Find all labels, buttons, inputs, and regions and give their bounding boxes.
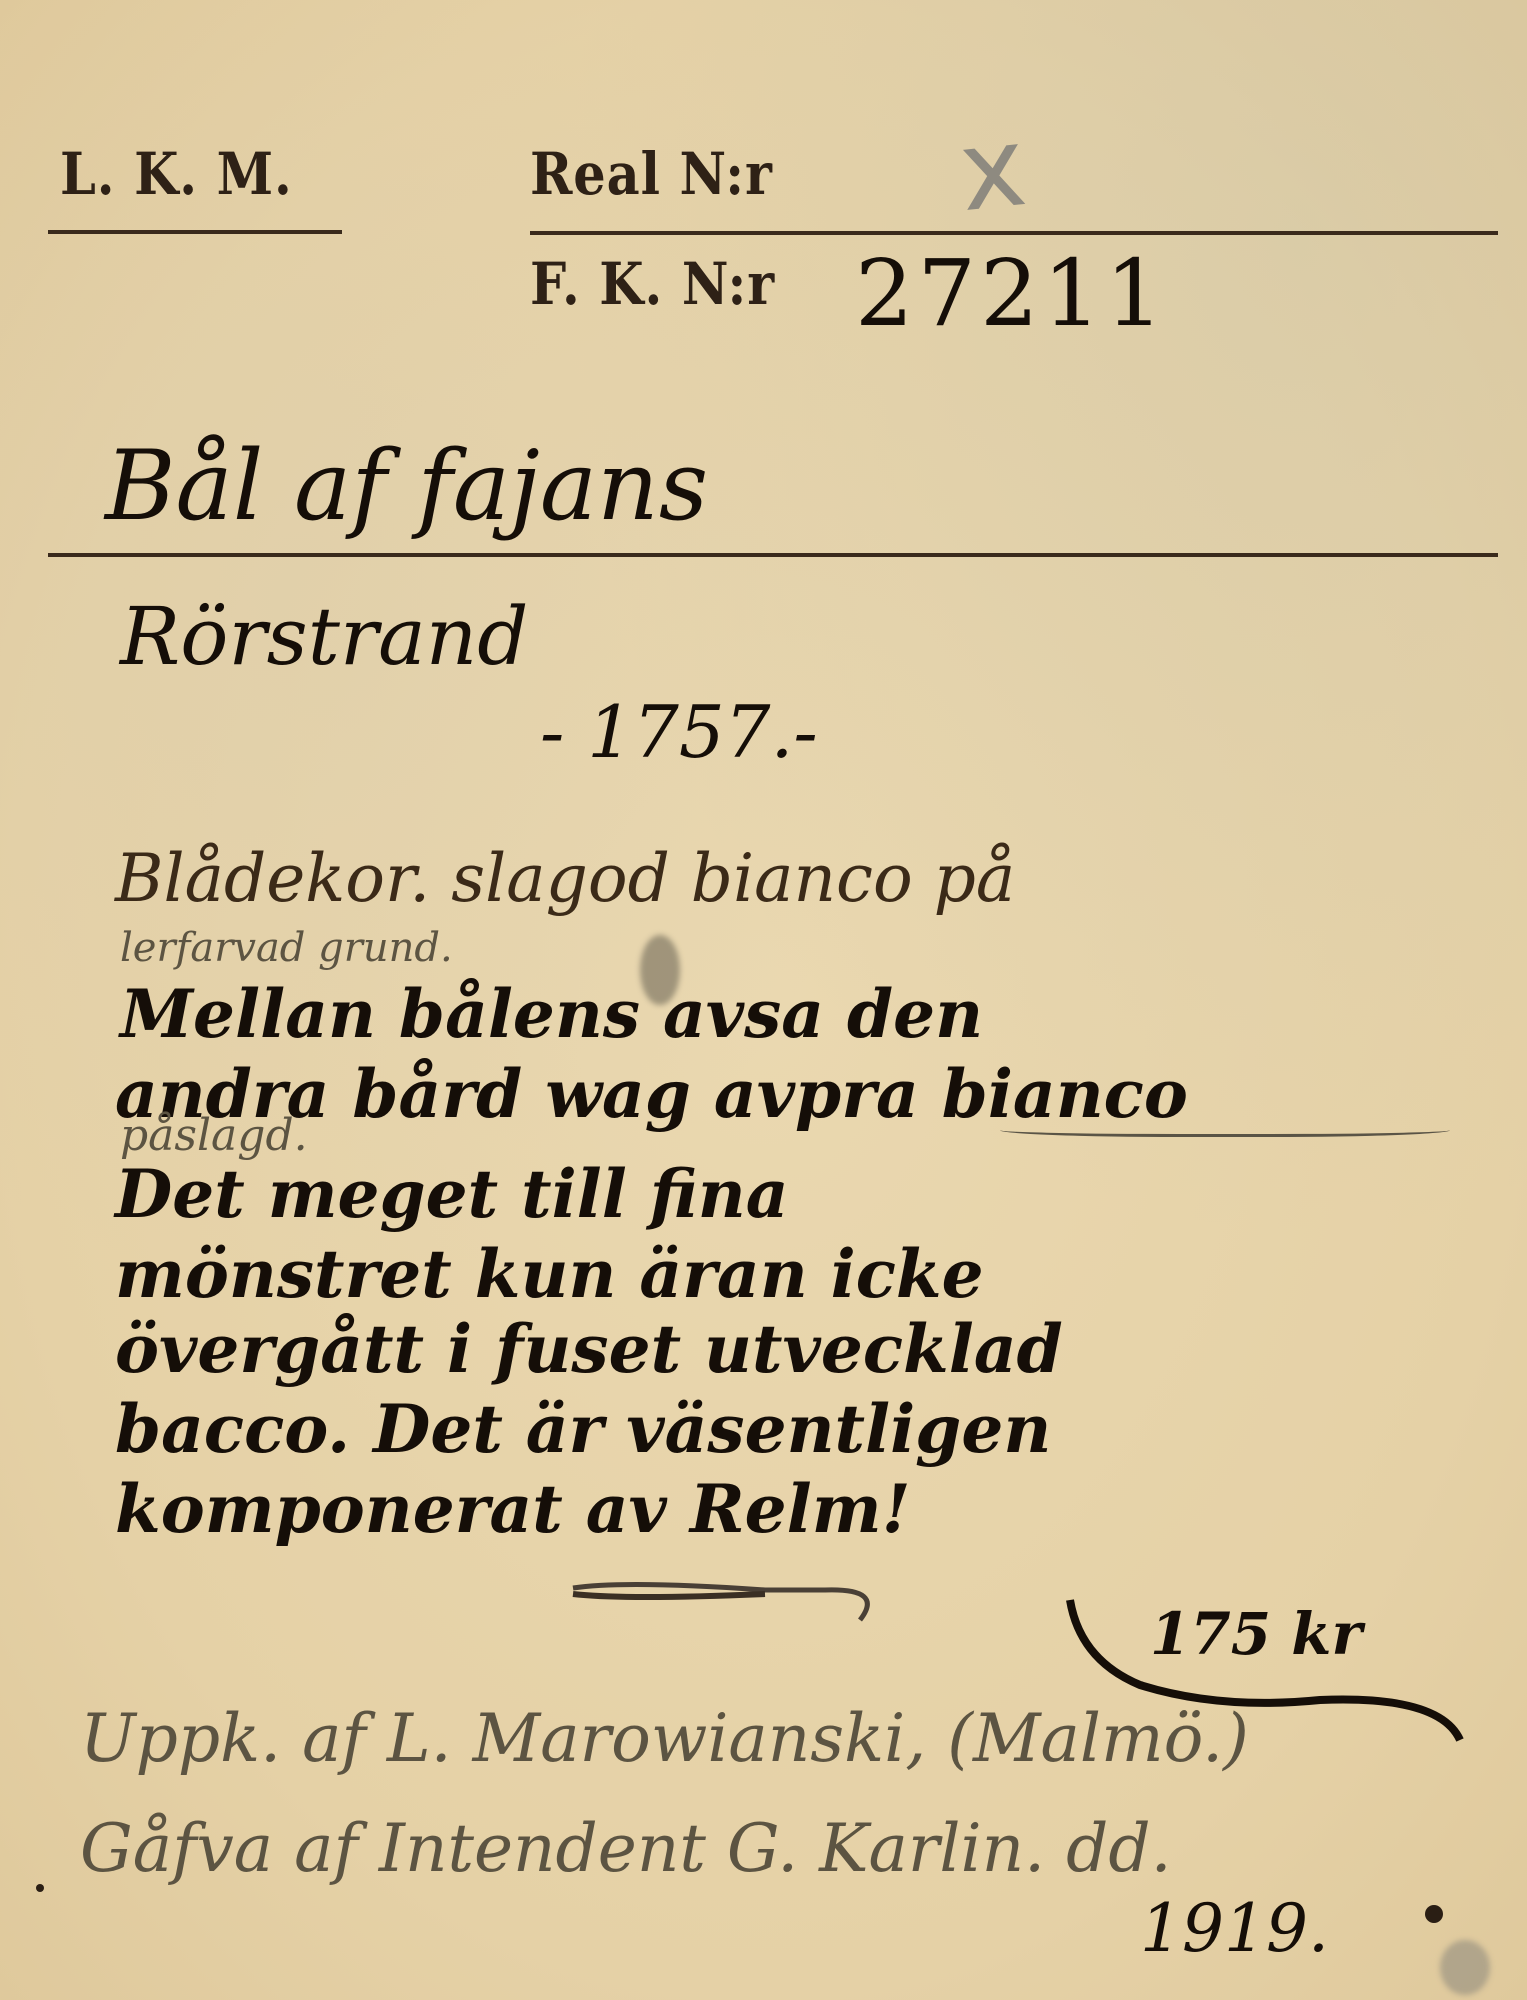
- catalogue-card: L. K. M. Real N:r x F. K. N:r 27211 Bål …: [0, 0, 1527, 2000]
- description-line-2: lerfarvad grund.: [120, 925, 453, 971]
- header-rule-right: [530, 231, 1498, 235]
- description-line-10: komponerat av Relm!: [115, 1470, 911, 1548]
- description-line-1: Blådekor. slagod bianco på: [115, 840, 1015, 917]
- ink-smudge: [1440, 1940, 1490, 1995]
- description-line-9: bacco. Det är väsentligen: [115, 1390, 1051, 1468]
- donation-year: 1919.: [1140, 1890, 1329, 1967]
- description-line-3: Mellan bålens avsa den: [120, 975, 983, 1053]
- description-line-5: påslagd.: [120, 1110, 308, 1161]
- manufacturer: Rörstrand: [120, 590, 529, 683]
- real-nr-pencil-mark: x: [953, 102, 1031, 236]
- donation: Gåfva af Intendent G. Karlin. dd.: [80, 1810, 1172, 1887]
- fk-nr-label: F. K. N:r: [530, 250, 775, 318]
- description-line-8: övergått i fuset utvecklad: [115, 1310, 1063, 1388]
- description-line-6: Det meget till fina: [115, 1155, 789, 1233]
- price: 175 kr: [1150, 1600, 1362, 1668]
- fk-nr-value: 27211: [855, 240, 1168, 347]
- real-nr-label: Real N:r: [530, 140, 773, 208]
- year: - 1757.-: [540, 690, 818, 774]
- object-title: Bål af fajans: [105, 430, 708, 542]
- header-rule-left: [48, 230, 342, 234]
- title-rule: [48, 553, 1498, 557]
- ink-dot: [36, 1884, 44, 1892]
- wavy-underline: [1000, 1120, 1450, 1137]
- ink-dot: [1425, 1905, 1443, 1923]
- description-line-7: mönstret kun äran icke: [115, 1235, 984, 1313]
- provenance: Uppk. af L. Marowianski, (Malmö.): [80, 1700, 1249, 1777]
- separator-flourish: [565, 1570, 875, 1630]
- museum-abbrev: L. K. M.: [60, 140, 293, 208]
